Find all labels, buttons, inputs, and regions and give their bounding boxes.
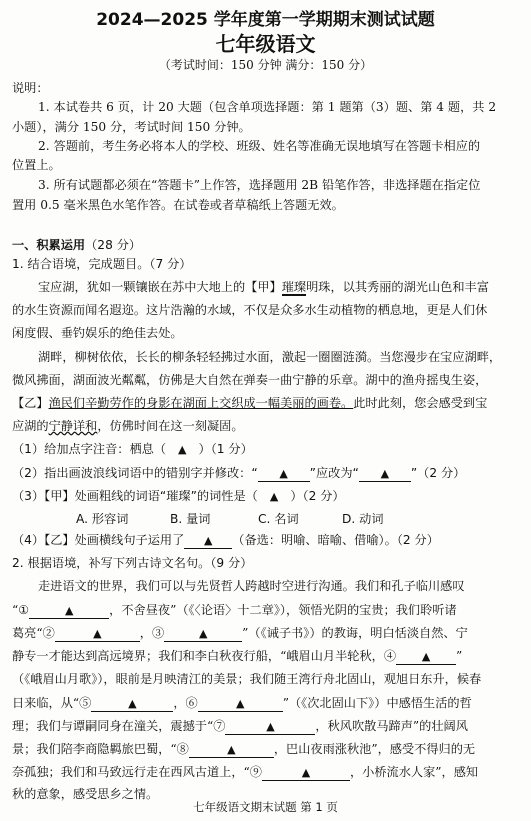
sub-text: （备选：明喻、暗喻、借喻）。（2 分） <box>232 533 439 547</box>
sub-text: （1）给加点字注音：栖息（ <box>12 442 166 456</box>
poem-text: ，巴山夜雨涨秋池”，感受不得归的无 <box>274 742 475 756</box>
poem-text: ” <box>456 649 462 663</box>
sub-question-2: （2）指出画波浪线词语中的错别字并修改：“▲”应改为“▲”（2 分） <box>12 465 521 482</box>
sub-text: （3）【甲】处画粗线的词语“璀璨”的词性是（ <box>12 489 258 503</box>
passage-line: 湖畔，柳树依依，长长的柳条轻轻拂过水面，激起一圈圈涟漪。当您漫步在宝应湖畔， <box>38 349 521 365</box>
passage-line: 闲度假、垂钓娱乐的绝佳去处。 <box>12 325 521 341</box>
option-b[interactable]: B. 量词 <box>170 511 258 527</box>
poem-text: ”（《诫子书》）的教诲，明白恬淡自然、宁 <box>242 626 468 640</box>
instruction-line: 1. 本试卷共 6 页，计 20 大题（包含单项选择题：第 1 题第（3）题、第… <box>38 99 521 115</box>
sub-question-1: （1）给加点字注音：栖息（▲）（1 分） <box>12 441 521 458</box>
sub-question-4: （4）【乙】处画横线句子运用了▲（备选：明喻、暗喻、借喻）。（2 分） <box>12 532 521 549</box>
page-footer: 七年级语文期末试题 第 1 页 <box>0 799 531 815</box>
poem-text: 日来临，从“⑤ <box>12 696 91 710</box>
underlined-sentence: 渔民们辛勤劳作的身影在湖面上交织成一幅美丽的画卷。 <box>49 396 354 410</box>
passage-line: 的水生资源而闻名遐迩。这片浩瀚的水域，不仅是众多水生动植物的栖息地，更是人们休 <box>12 302 521 318</box>
poem-text: 理；我们与谭嗣同身在潼关，震撼于“⑦ <box>12 719 225 733</box>
passage-line: 【乙】渔民们辛勤劳作的身影在湖面上交织成一幅美丽的画卷。此时此刻，您会感受到宝 <box>12 395 521 411</box>
poem-line: 走进语文的世界，我们可以与先贤哲人跨越时空进行沟通。我们和孔子临川感叹 <box>38 578 521 594</box>
poem-line: 奈孤独；我们和马致远行走在西风古道上，“⑨▲，小桥流水人家”，感知 <box>12 764 521 781</box>
section-title: 积累运用 <box>36 238 85 252</box>
poem-text: 葛亮“② <box>12 626 55 640</box>
exam-title: 2024—2025 学年度第一学期期末测试试题 <box>0 5 531 30</box>
passage-text: 此时此刻，您会感受到宝 <box>353 396 487 410</box>
answer-blank[interactable]: ▲ <box>55 627 140 642</box>
poem-line: （《峨眉山月歌》），眼前是月映清江的美景；我们随王湾行舟北固山，观旭日东升，候春 <box>12 671 521 687</box>
answer-blank[interactable]: ▲ <box>270 490 278 503</box>
passage-text: ，仿佛时间在这一刻凝固。 <box>97 419 243 433</box>
instruction-line: 置用 0.5 毫米黑色水笔作答。在试卷或者草稿纸上答题无效。 <box>12 197 521 213</box>
answer-blank[interactable]: ▲ <box>91 697 173 712</box>
poem-line: 景；我们陪李商隐羁旅巴蜀，“⑧▲，巴山夜雨涨秋池”，感受不得归的无 <box>12 741 521 758</box>
option-c[interactable]: C. 名词 <box>258 511 342 527</box>
sub-text: ”（2 分） <box>411 466 466 480</box>
poem-text: ，不舍昼夜”（《〈论语〉十二章》），领悟光阴的宝贵；我们聆听诸 <box>109 603 456 617</box>
answer-blank[interactable]: ▲ <box>396 650 456 665</box>
answer-blank[interactable]: ▲ <box>225 720 315 735</box>
passage-text: 应湖的 <box>12 419 49 433</box>
section-score: （28 分） <box>85 238 141 252</box>
answer-blank[interactable]: ▲ <box>164 627 242 642</box>
options-row: A. 形容词B. 量词C. 名词D. 动词 <box>76 511 521 527</box>
passage-text: 明珠，以其秀丽的湖光山色和丰富 <box>306 280 489 294</box>
exam-page: 2024—2025 学年度第一学期期末测试试题 七年级语文 （考试时间：150 … <box>0 0 531 821</box>
poem-text: ，小桥流水人家”，感知 <box>350 765 478 779</box>
passage-line: 微风拂面，湖面波光粼粼，仿佛是大自然在弹奏一曲宁静的乐章。湖中的渔舟摇曳生姿， <box>12 372 521 388</box>
sub-question-3: （3）【甲】处画粗线的词语“璀璨”的词性是（▲）（2 分） <box>12 488 521 505</box>
poem-line: 理；我们与谭嗣同身在潼关，震撼于“⑦▲，秋风吹散马蹄声”的壮阔风 <box>12 718 521 735</box>
poem-text: 奈孤独；我们和马致远行走在西风古道上，“⑨ <box>12 765 262 779</box>
question-2-stem: 2. 根据语境，补写下列古诗文名句。（9 分） <box>12 555 521 571</box>
instruction-line: 3. 所有试题都必须在“答题卡”上作答，选择题用 2B 铅笔作答，非选择题在指定… <box>38 177 521 193</box>
answer-blank[interactable]: ▲ <box>178 443 186 456</box>
mark-yi: 【乙】 <box>12 396 49 410</box>
poem-text: ，③ <box>140 626 164 640</box>
option-a[interactable]: A. 形容词 <box>76 511 170 527</box>
sub-text: （2）指出画波浪线词语中的错别字并修改：“ <box>12 466 258 480</box>
exam-info: （考试时间：150 分钟 满分：150 分） <box>0 56 531 73</box>
instruction-line: 2. 答题前，考生务必将本人的学校、班级、姓名等准确无误地填写在答题卡相应的 <box>38 138 521 154</box>
poem-text: 景；我们陪李商隐羁旅巴蜀，“⑧ <box>12 742 189 756</box>
passage-line: 宝应湖，犹如一颗镶嵌在苏中大地上的【甲】璀璨明珠，以其秀丽的湖光山色和丰富 <box>38 279 521 295</box>
poem-line: 静专一才能达到高远境界；我们和李白秋夜行船，“峨眉山月半轮秋，④▲” <box>12 648 521 665</box>
section-prefix: 一、 <box>12 238 36 252</box>
poem-text: ”（《次北固山下》）中感悟生活的哲 <box>283 696 472 710</box>
option-d[interactable]: D. 动词 <box>342 512 384 526</box>
answer-blank[interactable]: ▲ <box>262 766 350 781</box>
instructions-label: 说明： <box>12 80 521 96</box>
poem-line: 葛亮“②▲，③▲”（《诫子书》）的教诲，明白恬淡自然、宁 <box>12 625 521 642</box>
instruction-line: 位置上。 <box>12 157 521 173</box>
poem-text: “① <box>12 603 29 617</box>
poem-text: 静专一才能达到高远境界；我们和李白秋夜行船，“峨眉山月半轮秋，④ <box>12 649 396 663</box>
answer-blank[interactable]: ▲ <box>359 467 411 482</box>
sub-text: ）（2 分） <box>290 489 344 503</box>
exam-subject: 七年级语文 <box>0 28 531 57</box>
poem-text: ，秋风吹散马蹄声”的壮阔风 <box>315 719 467 733</box>
sub-text: ）（1 分） <box>198 442 252 456</box>
passage-text: 宝应湖，犹如一颗镶嵌在苏中大地上的【甲】 <box>38 280 282 294</box>
bold-underlined-word: 璀璨 <box>282 280 306 296</box>
section-heading: 一、积累运用（28 分） <box>12 237 521 253</box>
poem-line: 日来临，从“⑤▲，⑥▲”（《次北固山下》）中感悟生活的哲 <box>12 695 521 712</box>
question-1-stem: 1. 结合语境，完成题目。（7 分） <box>12 256 521 272</box>
answer-blank[interactable]: ▲ <box>29 604 109 619</box>
instruction-line: 小题），满分 150 分，考试时间 150 分钟。 <box>12 119 521 135</box>
sub-text: （4）【乙】处画横线句子运用了 <box>12 533 184 547</box>
answer-blank[interactable]: ▲ <box>258 467 310 482</box>
answer-blank[interactable]: ▲ <box>184 534 232 549</box>
answer-blank[interactable]: ▲ <box>198 697 283 712</box>
poem-text: ，⑥ <box>173 696 197 710</box>
answer-blank[interactable]: ▲ <box>189 743 274 758</box>
passage-line: 应湖的宁静详和，仿佛时间在这一刻凝固。 <box>12 418 521 434</box>
sub-text: ”应改为“ <box>310 466 359 480</box>
wavy-underlined-word: 宁静详和 <box>49 419 98 433</box>
poem-line: “①▲，不舍昼夜”（《〈论语〉十二章》），领悟光阴的宝贵；我们聆听诸 <box>12 602 521 619</box>
